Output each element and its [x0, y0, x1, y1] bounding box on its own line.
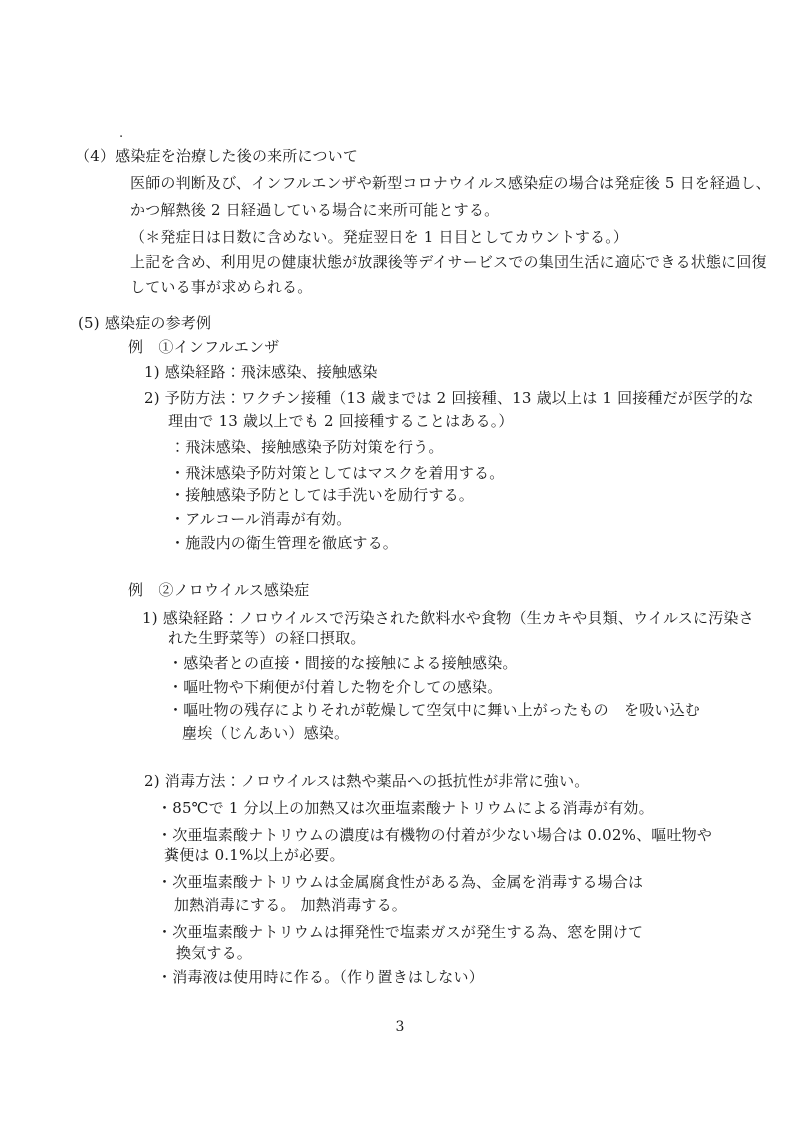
section-5-heading: (5) 感染症の参考例 [78, 313, 211, 333]
text-line: 医師の判断及び、インフルエンザや新型コロナウイルス感染症の場合は発症後 5 日を… [130, 173, 771, 193]
text-line: れた生野菜等）の経口摂取。 [168, 628, 366, 648]
text-line: 換気する。 [176, 943, 252, 963]
text-line: 2) 予防方法：ワクチン接種（13 歳までは 2 回接種、13 歳以上は 1 回… [144, 388, 754, 408]
stray-dot-mark: . [119, 126, 123, 141]
text-line: ・嘔吐物や下痢便が付着した物を介しての感染。 [168, 677, 502, 697]
page-number: 3 [0, 1017, 800, 1037]
text-line: ・85℃で 1 分以上の加熱又は次亜塩素酸ナトリウムによる消毒が有効。 [157, 798, 654, 818]
text-line: 2) 消毒方法：ノロウイルスは熱や薬品への抵抗性が非常に強い。 [144, 771, 589, 791]
text-line: ・感染者との直接・間接的な接触による接触感染。 [168, 653, 518, 673]
text-line: 理由で 13 歳以上でも 2 回接種することはある。） [168, 411, 514, 431]
text-line: ・飛沫感染予防対策としてはマスクを着用する。 [170, 463, 504, 483]
text-line: 1) 感染経路：ノロウイルスで汚染された飲料水や食物（生カキや貝類、ウイルスに汚… [142, 608, 754, 628]
text-line: ・接触感染予防としては手洗いを励行する。 [170, 485, 474, 505]
text-line: かつ解熱後 2 日経過している場合に来所可能とする。 [130, 200, 499, 220]
text-line: ・次亜塩素酸ナトリウムは揮発性で塩素ガスが発生する為、窓を開けて [157, 922, 643, 942]
text-line: している事が求められる。 [130, 277, 312, 297]
text-line: 1) 感染経路：飛沫感染、接触感染 [144, 362, 378, 382]
text-line: 糞便は 0.1%以上が必要。 [164, 845, 345, 865]
text-line: ・消毒液は使用時に作る。（作り置きはしない） [157, 967, 484, 987]
text-line: 塵埃（じんあい）感染。 [182, 723, 349, 743]
text-line: （＊発症日は日数に含めない。発症翌日を 1 日目としてカウントする。） [130, 227, 628, 247]
text-line: ・アルコール消毒が有効。 [170, 509, 352, 529]
text-line: 上記を含め、利用児の健康状態が放課後等デイサービスでの集団生活に適応できる状態に… [130, 252, 767, 272]
text-line: ・次亜塩素酸ナトリウムは金属腐食性がある為、金属を消毒する場合は [157, 872, 643, 892]
text-line: ・嘔吐物の残存によりそれが乾燥して空気中に舞い上がったもの を吸い込む [168, 700, 700, 720]
example-2-title: 例 ②ノロウイルス感染症 [128, 580, 310, 600]
text-line: ：飛沫感染、接触感染予防対策を行う。 [170, 437, 444, 457]
section-4-heading: （4）感染症を治療した後の来所について [75, 146, 358, 166]
text-line: 加熱消毒にする。 加熱消毒する。 [174, 895, 407, 915]
text-line: ・施設内の衛生管理を徹底する。 [170, 533, 398, 553]
text-line: ・次亜塩素酸ナトリウムの濃度は有機物の付着が少ない場合は 0.02%、嘔吐物や [157, 825, 712, 845]
example-1-title: 例 ①インフルエンザ [128, 337, 279, 357]
document-page: . （4）感染症を治療した後の来所について 医師の判断及び、インフルエンザや新型… [0, 0, 800, 1131]
